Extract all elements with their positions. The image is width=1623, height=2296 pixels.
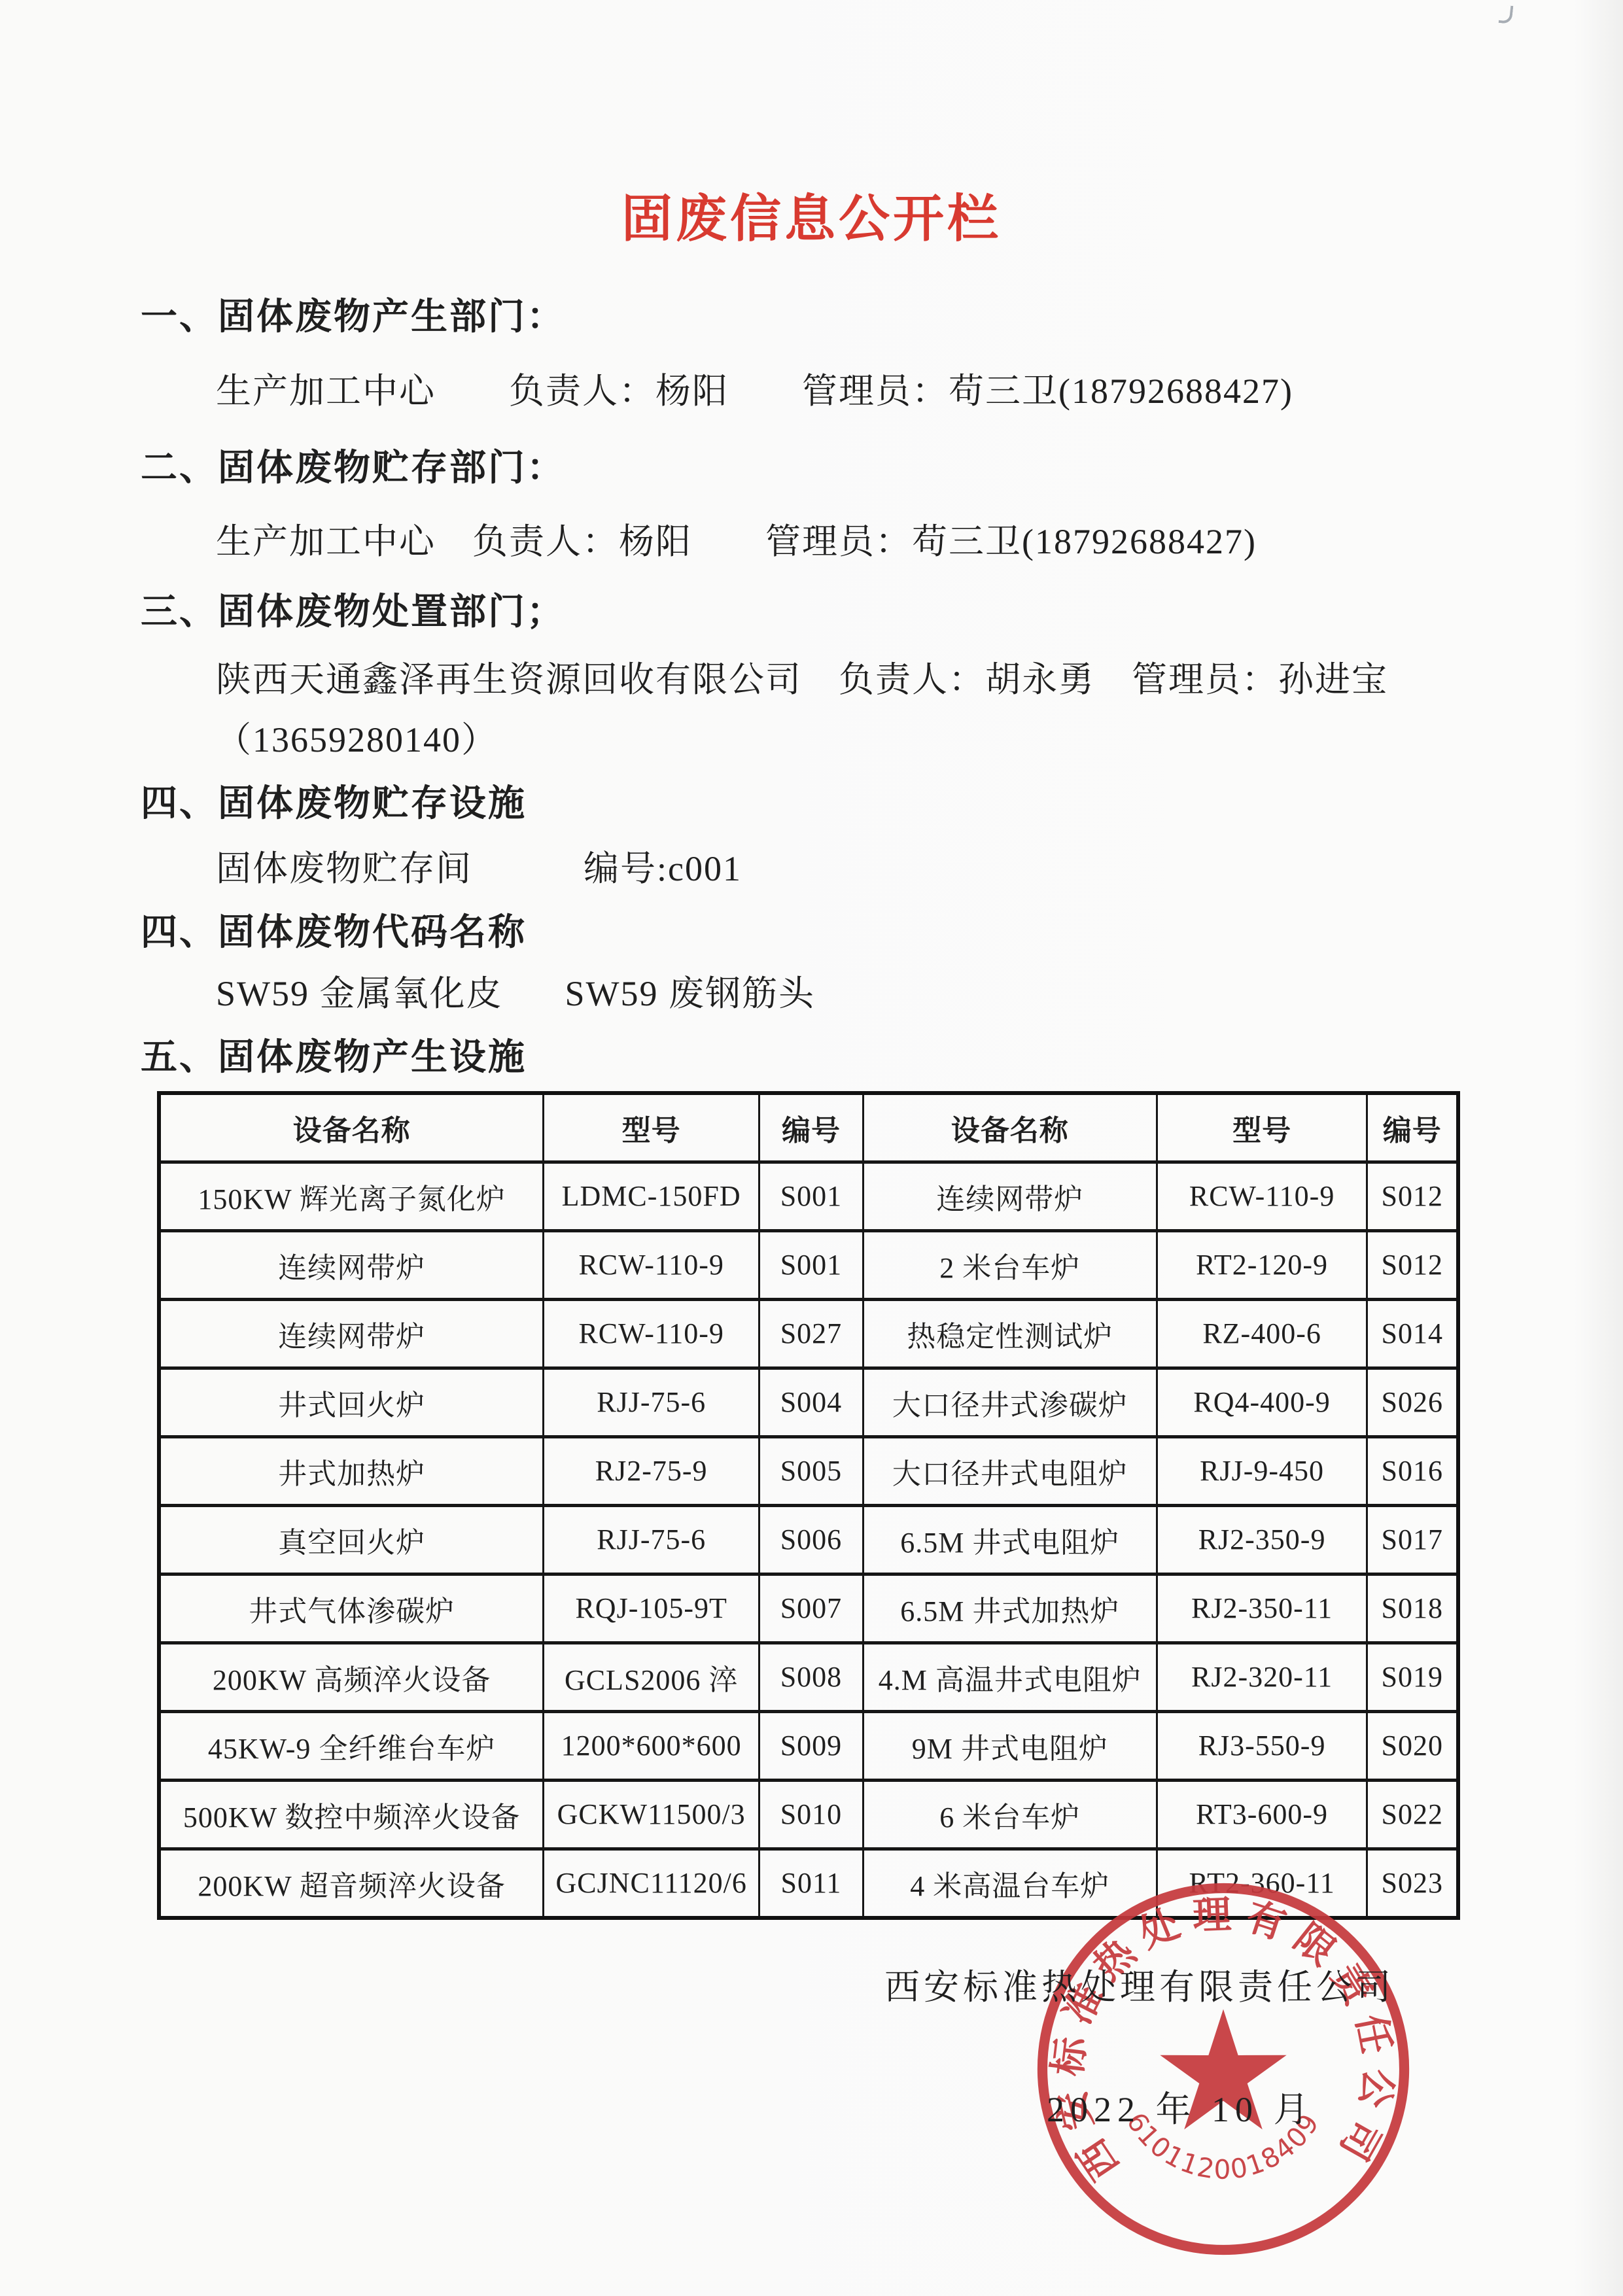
waste-code-1: SW59 金属氧化皮 xyxy=(216,973,503,1014)
document-body: 一、固体废物产生部门： 生产加工中心 负责人：杨阳 管理员：苟三卫(187926… xyxy=(0,296,1623,1920)
device-name-cell: 大口径井式电阻炉 xyxy=(863,1436,1157,1505)
code-cell: S020 xyxy=(1367,1711,1458,1780)
code-cell: S026 xyxy=(1367,1368,1458,1436)
section5-heading: 五、固体废物产生设施 xyxy=(141,1037,1459,1079)
section4a-heading: 四、固体废物贮存设施 xyxy=(141,783,1459,825)
company-red-stamp: 西安标准热处理有限责任公司 6101120018409 xyxy=(1024,1870,1423,2269)
model-cell: 1200*600*600 xyxy=(544,1711,759,1780)
model-cell: RJ2-350-11 xyxy=(1157,1574,1367,1643)
waste-code-2: SW59 废钢筋头 xyxy=(565,973,816,1014)
table-header-row: 设备名称 型号 编号 设备名称 型号 编号 xyxy=(159,1093,1458,1162)
section1-heading: 一、固体废物产生部门： xyxy=(141,296,1459,338)
storage-facility-code: 编号:c001 xyxy=(584,848,742,889)
model-cell: RJJ-75-6 xyxy=(544,1368,759,1436)
model-cell: RJ3-550-9 xyxy=(1157,1711,1367,1780)
model-cell: GCJNC11120/6 xyxy=(544,1849,759,1918)
section3-heading: 三、固体废物处置部门； xyxy=(141,591,1459,633)
device-name-cell: 200KW 高频淬火设备 xyxy=(159,1643,544,1711)
code-cell: S014 xyxy=(1367,1299,1458,1368)
table-row: 井式加热炉 RJ2-75-9 S005 大口径井式电阻炉 RJJ-9-450 S… xyxy=(159,1436,1458,1505)
model-cell: RT3-600-9 xyxy=(1157,1780,1367,1849)
code-cell: S001 xyxy=(759,1162,864,1230)
code-cell: S027 xyxy=(759,1299,864,1368)
code-cell: S017 xyxy=(1367,1505,1458,1574)
device-name-cell: 井式加热炉 xyxy=(159,1436,544,1505)
table-row: 连续网带炉 RCW-110-9 S027 热稳定性测试炉 RZ-400-6 S0… xyxy=(159,1299,1458,1368)
device-name-cell: 45KW-9 全纤维台车炉 xyxy=(159,1711,544,1780)
footer-date: 2022 年 10 月 xyxy=(1047,2081,1315,2132)
model-cell: RCW-110-9 xyxy=(544,1299,759,1368)
page-title: 固废信息公开栏 xyxy=(0,0,1623,247)
model-cell: RT2-120-9 xyxy=(1157,1230,1367,1299)
device-name-cell: 连续网带炉 xyxy=(159,1299,544,1368)
code-cell: S007 xyxy=(759,1574,864,1643)
section2-heading: 二、固体废物贮存部门： xyxy=(141,447,1459,489)
code-cell: S011 xyxy=(759,1849,864,1918)
device-name-cell: 150KW 辉光离子氮化炉 xyxy=(159,1162,544,1230)
model-cell: RQ4-400-9 xyxy=(1157,1368,1367,1436)
code-cell: S022 xyxy=(1367,1780,1458,1849)
device-name-cell: 热稳定性测试炉 xyxy=(863,1299,1157,1368)
code-cell: S005 xyxy=(759,1436,864,1505)
device-name-cell: 4.M 高温井式电阻炉 xyxy=(863,1643,1157,1711)
section4a-line: 固体废物贮存间 编号:c001 xyxy=(141,848,1459,889)
table-row: 200KW 高频淬火设备 GCLS2006 淬 S008 4.M 高温井式电阻炉… xyxy=(159,1643,1458,1711)
device-name-cell: 连续网带炉 xyxy=(159,1230,544,1299)
code-cell: S016 xyxy=(1367,1436,1458,1505)
table-row: 150KW 辉光离子氮化炉 LDMC-150FD S001 连续网带炉 RCW-… xyxy=(159,1162,1458,1230)
model-cell: RJJ-9-450 xyxy=(1157,1436,1367,1505)
device-name-cell: 井式回火炉 xyxy=(159,1368,544,1436)
device-name-cell: 6.5M 井式电阻炉 xyxy=(863,1505,1157,1574)
code-cell: S010 xyxy=(759,1780,864,1849)
table-row: 45KW-9 全纤维台车炉 1200*600*600 S009 9M 井式电阻炉… xyxy=(159,1711,1458,1780)
table-row: 真空回火炉 RJJ-75-6 S006 6.5M 井式电阻炉 RJ2-350-9… xyxy=(159,1505,1458,1574)
document-page: 固废信息公开栏 一、固体废物产生部门： 生产加工中心 负责人：杨阳 管理员：苟三… xyxy=(0,0,1623,2296)
col-header-model-2: 型号 xyxy=(1157,1093,1367,1162)
code-cell: S006 xyxy=(759,1505,864,1574)
device-name-cell: 200KW 超音频淬火设备 xyxy=(159,1849,544,1918)
table-row: 连续网带炉 RCW-110-9 S001 2 米台车炉 RT2-120-9 S0… xyxy=(159,1230,1458,1299)
model-cell: RJ2-320-11 xyxy=(1157,1643,1367,1711)
storage-facility-name: 固体废物贮存间 xyxy=(216,848,472,889)
model-cell: RJ2-350-9 xyxy=(1157,1505,1367,1574)
table-row: 井式气体渗碳炉 RQJ-105-9T S007 6.5M 井式加热炉 RJ2-3… xyxy=(159,1574,1458,1643)
section3-line-phone: （13659280140） xyxy=(141,720,1459,760)
section1-line: 生产加工中心 负责人：杨阳 管理员：苟三卫(18792688427) xyxy=(141,371,1459,411)
code-cell: S018 xyxy=(1367,1574,1458,1643)
device-name-cell: 500KW 数控中频淬火设备 xyxy=(159,1780,544,1849)
code-cell: S009 xyxy=(759,1711,864,1780)
model-cell: RCW-110-9 xyxy=(544,1230,759,1299)
code-cell: S012 xyxy=(1367,1230,1458,1299)
model-cell: RJJ-75-6 xyxy=(544,1505,759,1574)
device-name-cell: 大口径井式渗碳炉 xyxy=(863,1368,1157,1436)
col-header-device-name-1: 设备名称 xyxy=(159,1093,544,1162)
col-header-device-name-2: 设备名称 xyxy=(863,1093,1157,1162)
col-header-code-2: 编号 xyxy=(1367,1093,1458,1162)
model-cell: RQJ-105-9T xyxy=(544,1574,759,1643)
device-name-cell: 连续网带炉 xyxy=(863,1162,1157,1230)
model-cell: GCLS2006 淬 xyxy=(544,1643,759,1711)
model-cell: GCKW11500/3 xyxy=(544,1780,759,1849)
equipment-table: 设备名称 型号 编号 设备名称 型号 编号 150KW 辉光离子氮化炉 LDMC… xyxy=(157,1091,1460,1920)
code-cell: S012 xyxy=(1367,1162,1458,1230)
section4b-heading: 四、固体废物代码名称 xyxy=(141,912,1459,954)
device-name-cell: 真空回火炉 xyxy=(159,1505,544,1574)
code-cell: S004 xyxy=(759,1368,864,1436)
device-name-cell: 6 米台车炉 xyxy=(863,1780,1157,1849)
model-cell: RZ-400-6 xyxy=(1157,1299,1367,1368)
section4b-line: SW59 金属氧化皮 SW59 废钢筋头 xyxy=(141,973,1459,1014)
device-name-cell: 6.5M 井式加热炉 xyxy=(863,1574,1157,1643)
footer-company-name: 西安标准热处理有限责任公司 xyxy=(884,1959,1395,2009)
device-name-cell: 9M 井式电阻炉 xyxy=(863,1711,1157,1780)
section2-line: 生产加工中心 负责人：杨阳 管理员：苟三卫(18792688427) xyxy=(141,521,1459,562)
table-row: 500KW 数控中频淬火设备 GCKW11500/3 S010 6 米台车炉 R… xyxy=(159,1780,1458,1849)
col-header-model-1: 型号 xyxy=(544,1093,759,1162)
model-cell: LDMC-150FD xyxy=(544,1162,759,1230)
device-name-cell: 2 米台车炉 xyxy=(863,1230,1157,1299)
code-cell: S001 xyxy=(759,1230,864,1299)
col-header-code-1: 编号 xyxy=(759,1093,864,1162)
section3-line-company: 陕西天通鑫泽再生资源回收有限公司 负责人：胡永勇 管理员：孙进宝 xyxy=(141,659,1459,700)
code-cell: S008 xyxy=(759,1643,864,1711)
code-cell: S019 xyxy=(1367,1643,1458,1711)
table-row: 井式回火炉 RJJ-75-6 S004 大口径井式渗碳炉 RQ4-400-9 S… xyxy=(159,1368,1458,1436)
model-cell: RCW-110-9 xyxy=(1157,1162,1367,1230)
model-cell: RJ2-75-9 xyxy=(544,1436,759,1505)
device-name-cell: 井式气体渗碳炉 xyxy=(159,1574,544,1643)
